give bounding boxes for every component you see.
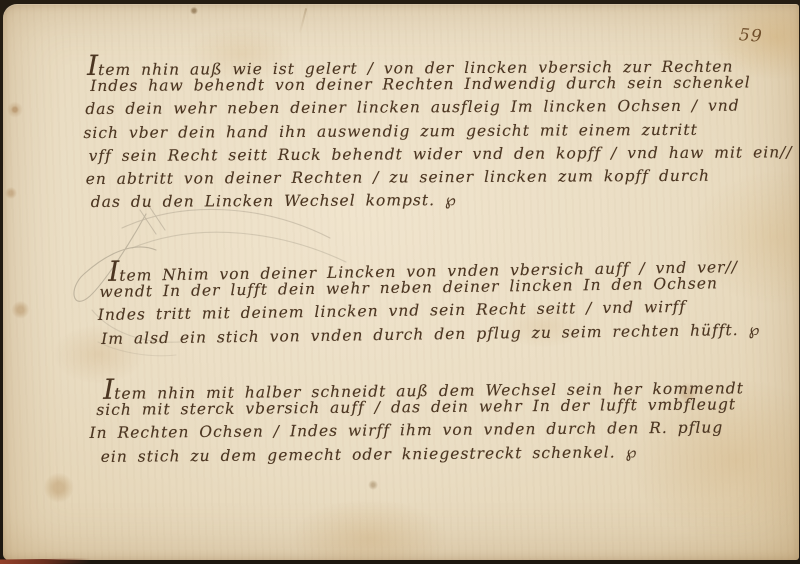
manuscript-page: 59 Item nhin auß wie ist gelert / von de…: [3, 4, 799, 560]
paper-crease: [299, 8, 307, 34]
handwritten-line: en abtritt von deiner Rechten / zu seine…: [86, 164, 793, 191]
folio-number: 59: [739, 25, 764, 47]
binding-red-edge: [0, 559, 95, 564]
text-block-2: Item Nhim von deiner Lincken von vnden v…: [99, 249, 761, 351]
text-block-3: Item nhin mit halber schneidt auß dem We…: [91, 370, 745, 468]
manuscript-photo-background: 59 Item nhin auß wie ist gelert / von de…: [0, 0, 800, 564]
handwritten-line: das dein wehr neben deiner lincken ausfl…: [85, 95, 792, 122]
handwritten-line: sich vber dein hand ihn auswendig zum ge…: [83, 118, 792, 145]
handwritten-line: ein stich zu dem gemecht oder kniegestre…: [101, 440, 745, 469]
handwritten-line: das du den Lincken Wechsel kompst. ℘: [91, 187, 793, 214]
text-block-1: Item nhin auß wie ist gelert / von der l…: [87, 48, 793, 214]
